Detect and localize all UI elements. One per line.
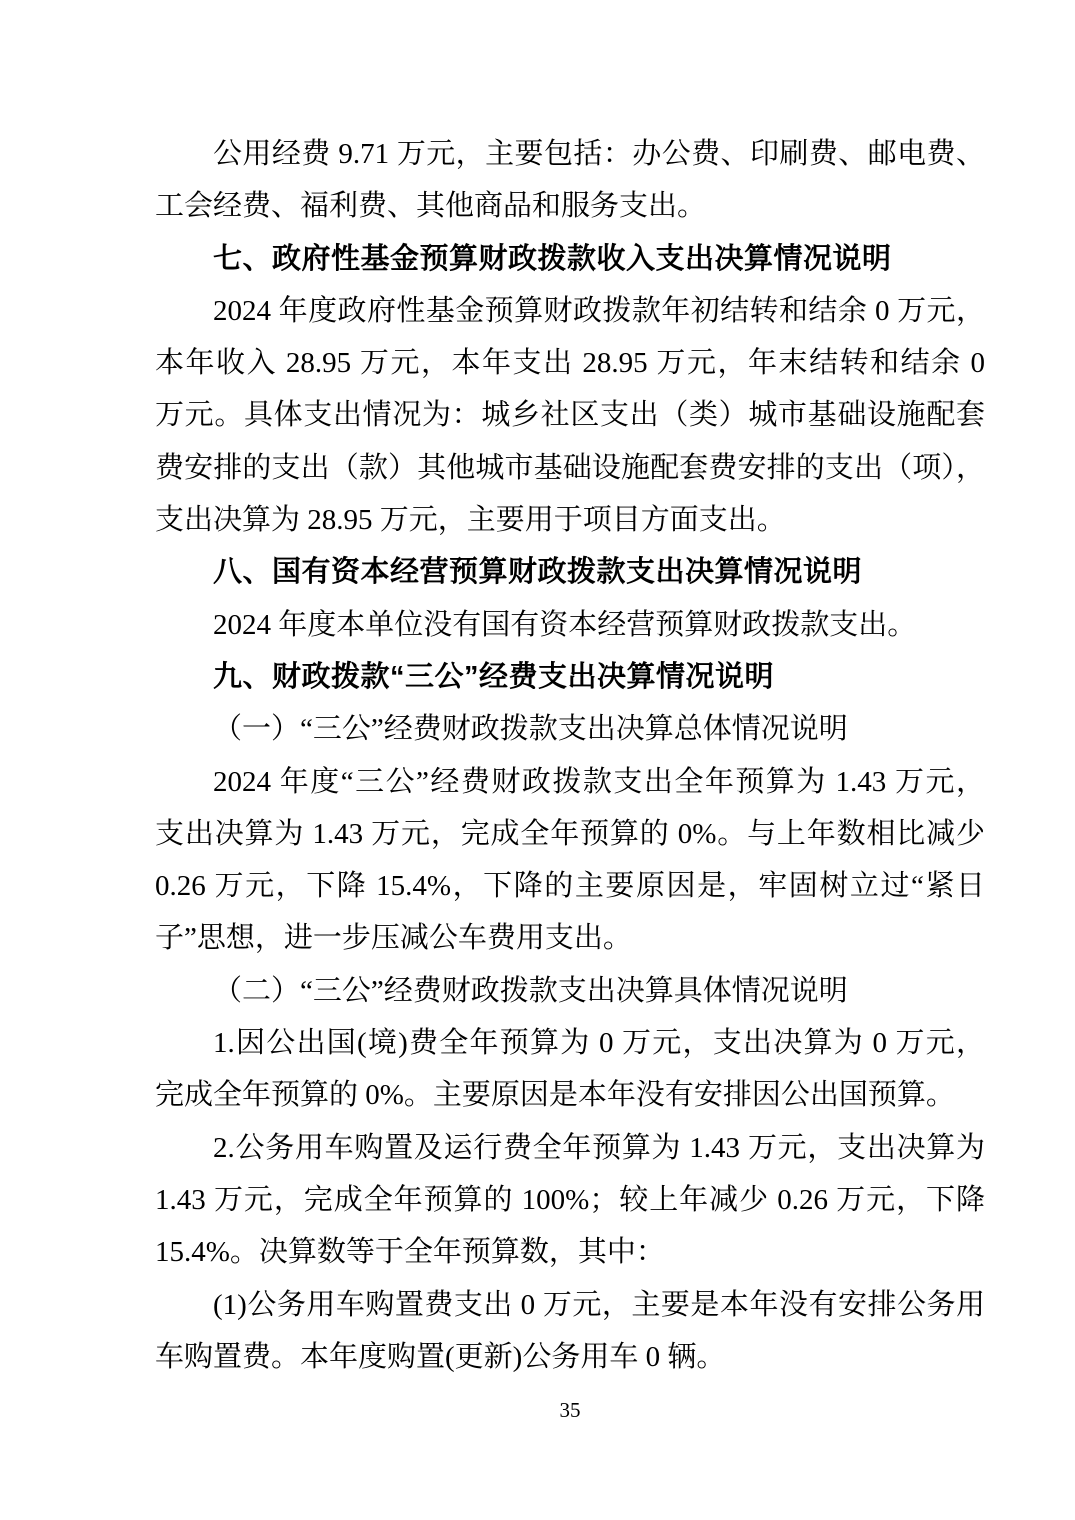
document-body: 公用经费 9.71 万元，主要包括：办公费、印刷费、邮电费、 工会经费、福利费、… <box>155 128 985 1383</box>
text-line: 0.26 万元，下降 15.4%，下降的主要原因是，牢固树立过“紧日 <box>155 860 985 912</box>
subsection-heading-2: （二）“三公”经费财政拨款支出决算具体情况说明 <box>155 965 985 1017</box>
subsection-heading-1: （一）“三公”经费财政拨款支出决算总体情况说明 <box>155 703 985 755</box>
text-line: (1)公务用车购置费支出 0 万元，主要是本年没有安排公务用 <box>155 1279 985 1331</box>
section-heading-9: 九、财政拨款“三公”经费支出决算情况说明 <box>155 651 985 703</box>
text-line: 1.43 万元，完成全年预算的 100%；较上年减少 0.26 万元，下降 <box>155 1174 985 1226</box>
text-line: 公用经费 9.71 万元，主要包括：办公费、印刷费、邮电费、 <box>155 128 985 180</box>
text-line: 费安排的支出（款）其他城市基础设施配套费安排的支出（项）， <box>155 442 985 494</box>
text-line: 2.公务用车购置及运行费全年预算为 1.43 万元，支出决算为 <box>155 1122 985 1174</box>
text-line: 本年收入 28.95 万元，本年支出 28.95 万元，年末结转和结余 0 <box>155 337 985 389</box>
text-line: 车购置费。本年度购置(更新)公务用车 0 辆。 <box>155 1331 985 1383</box>
document-page: 公用经费 9.71 万元，主要包括：办公费、印刷费、邮电费、 工会经费、福利费、… <box>0 0 1075 1520</box>
text-line: 子”思想，进一步压减公车费用支出。 <box>155 912 985 964</box>
text-line: 15.4%。决算数等于全年预算数，其中： <box>155 1226 985 1278</box>
text-line: 支出决算为 1.43 万元，完成全年预算的 0%。与上年数相比减少 <box>155 808 985 860</box>
text-line: 工会经费、福利费、其他商品和服务支出。 <box>155 180 985 232</box>
text-line: 完成全年预算的 0%。主要原因是本年没有安排因公出国预算。 <box>155 1069 985 1121</box>
text-line: 2024 年度本单位没有国有资本经营预算财政拨款支出。 <box>155 599 985 651</box>
text-line: 2024 年度政府性基金预算财政拨款年初结转和结余 0 万元， <box>155 285 985 337</box>
text-line: 万元。具体支出情况为：城乡社区支出（类）城市基础设施配套 <box>155 389 985 441</box>
section-heading-8: 八、国有资本经营预算财政拨款支出决算情况说明 <box>155 546 985 598</box>
section-heading-7: 七、政府性基金预算财政拨款收入支出决算情况说明 <box>155 233 985 285</box>
text-line: 支出决算为 28.95 万元，主要用于项目方面支出。 <box>155 494 985 546</box>
page-number: 35 <box>155 1398 985 1423</box>
text-line: 1.因公出国(境)费全年预算为 0 万元，支出决算为 0 万元， <box>155 1017 985 1069</box>
text-line: 2024 年度“三公”经费财政拨款支出全年预算为 1.43 万元， <box>155 756 985 808</box>
